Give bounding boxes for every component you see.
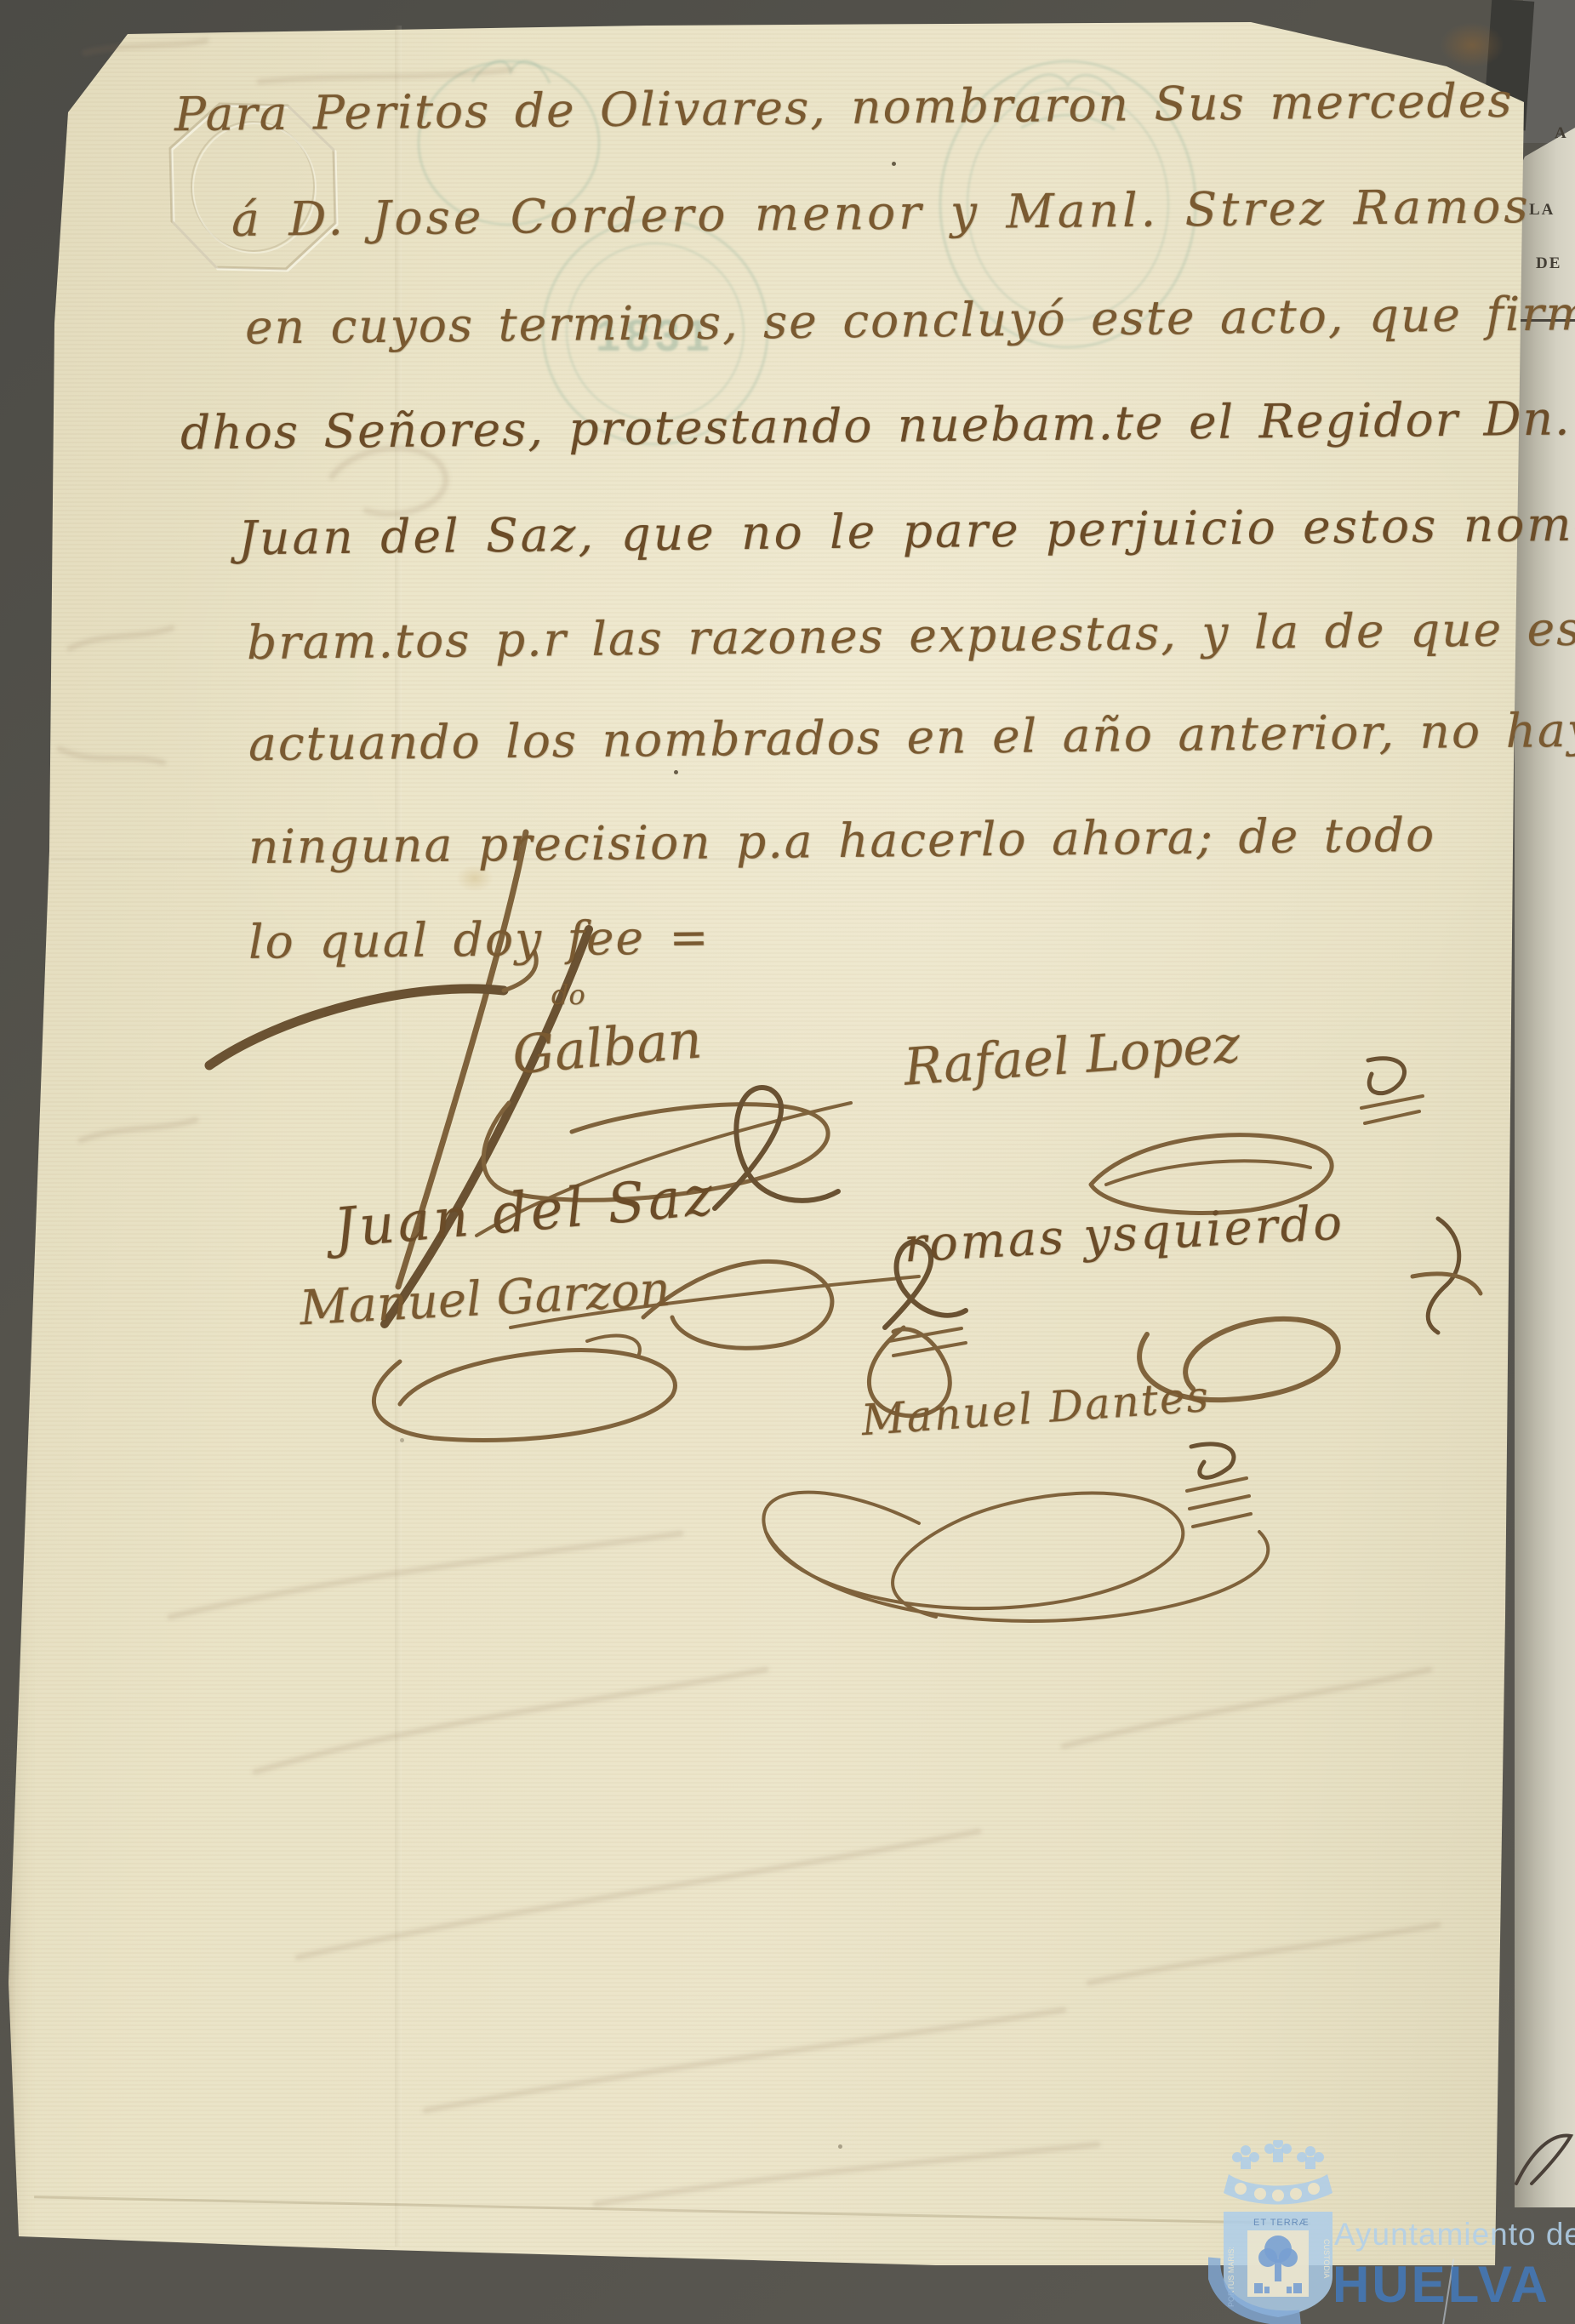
watermark-city-text: HUELVA bbox=[1332, 2255, 1550, 2314]
manuscript-line: lo qual doy fee = bbox=[248, 910, 710, 969]
motto-top: ET TERRÆ bbox=[1253, 2218, 1310, 2228]
archive-scan: { "manuscript": { "lines": [ "Para Perit… bbox=[0, 0, 1575, 2324]
crown-icon bbox=[1232, 2140, 1324, 2169]
watermark-org-text: Ayuntamiento de bbox=[1334, 2217, 1575, 2253]
motto-right: CUSTODIA bbox=[1322, 2239, 1331, 2278]
signature-superscript: do bbox=[551, 979, 585, 1011]
bleed-through-ghost-writing bbox=[60, 41, 1438, 2204]
adjacent-page-pen-stroke bbox=[1516, 2136, 1571, 2184]
